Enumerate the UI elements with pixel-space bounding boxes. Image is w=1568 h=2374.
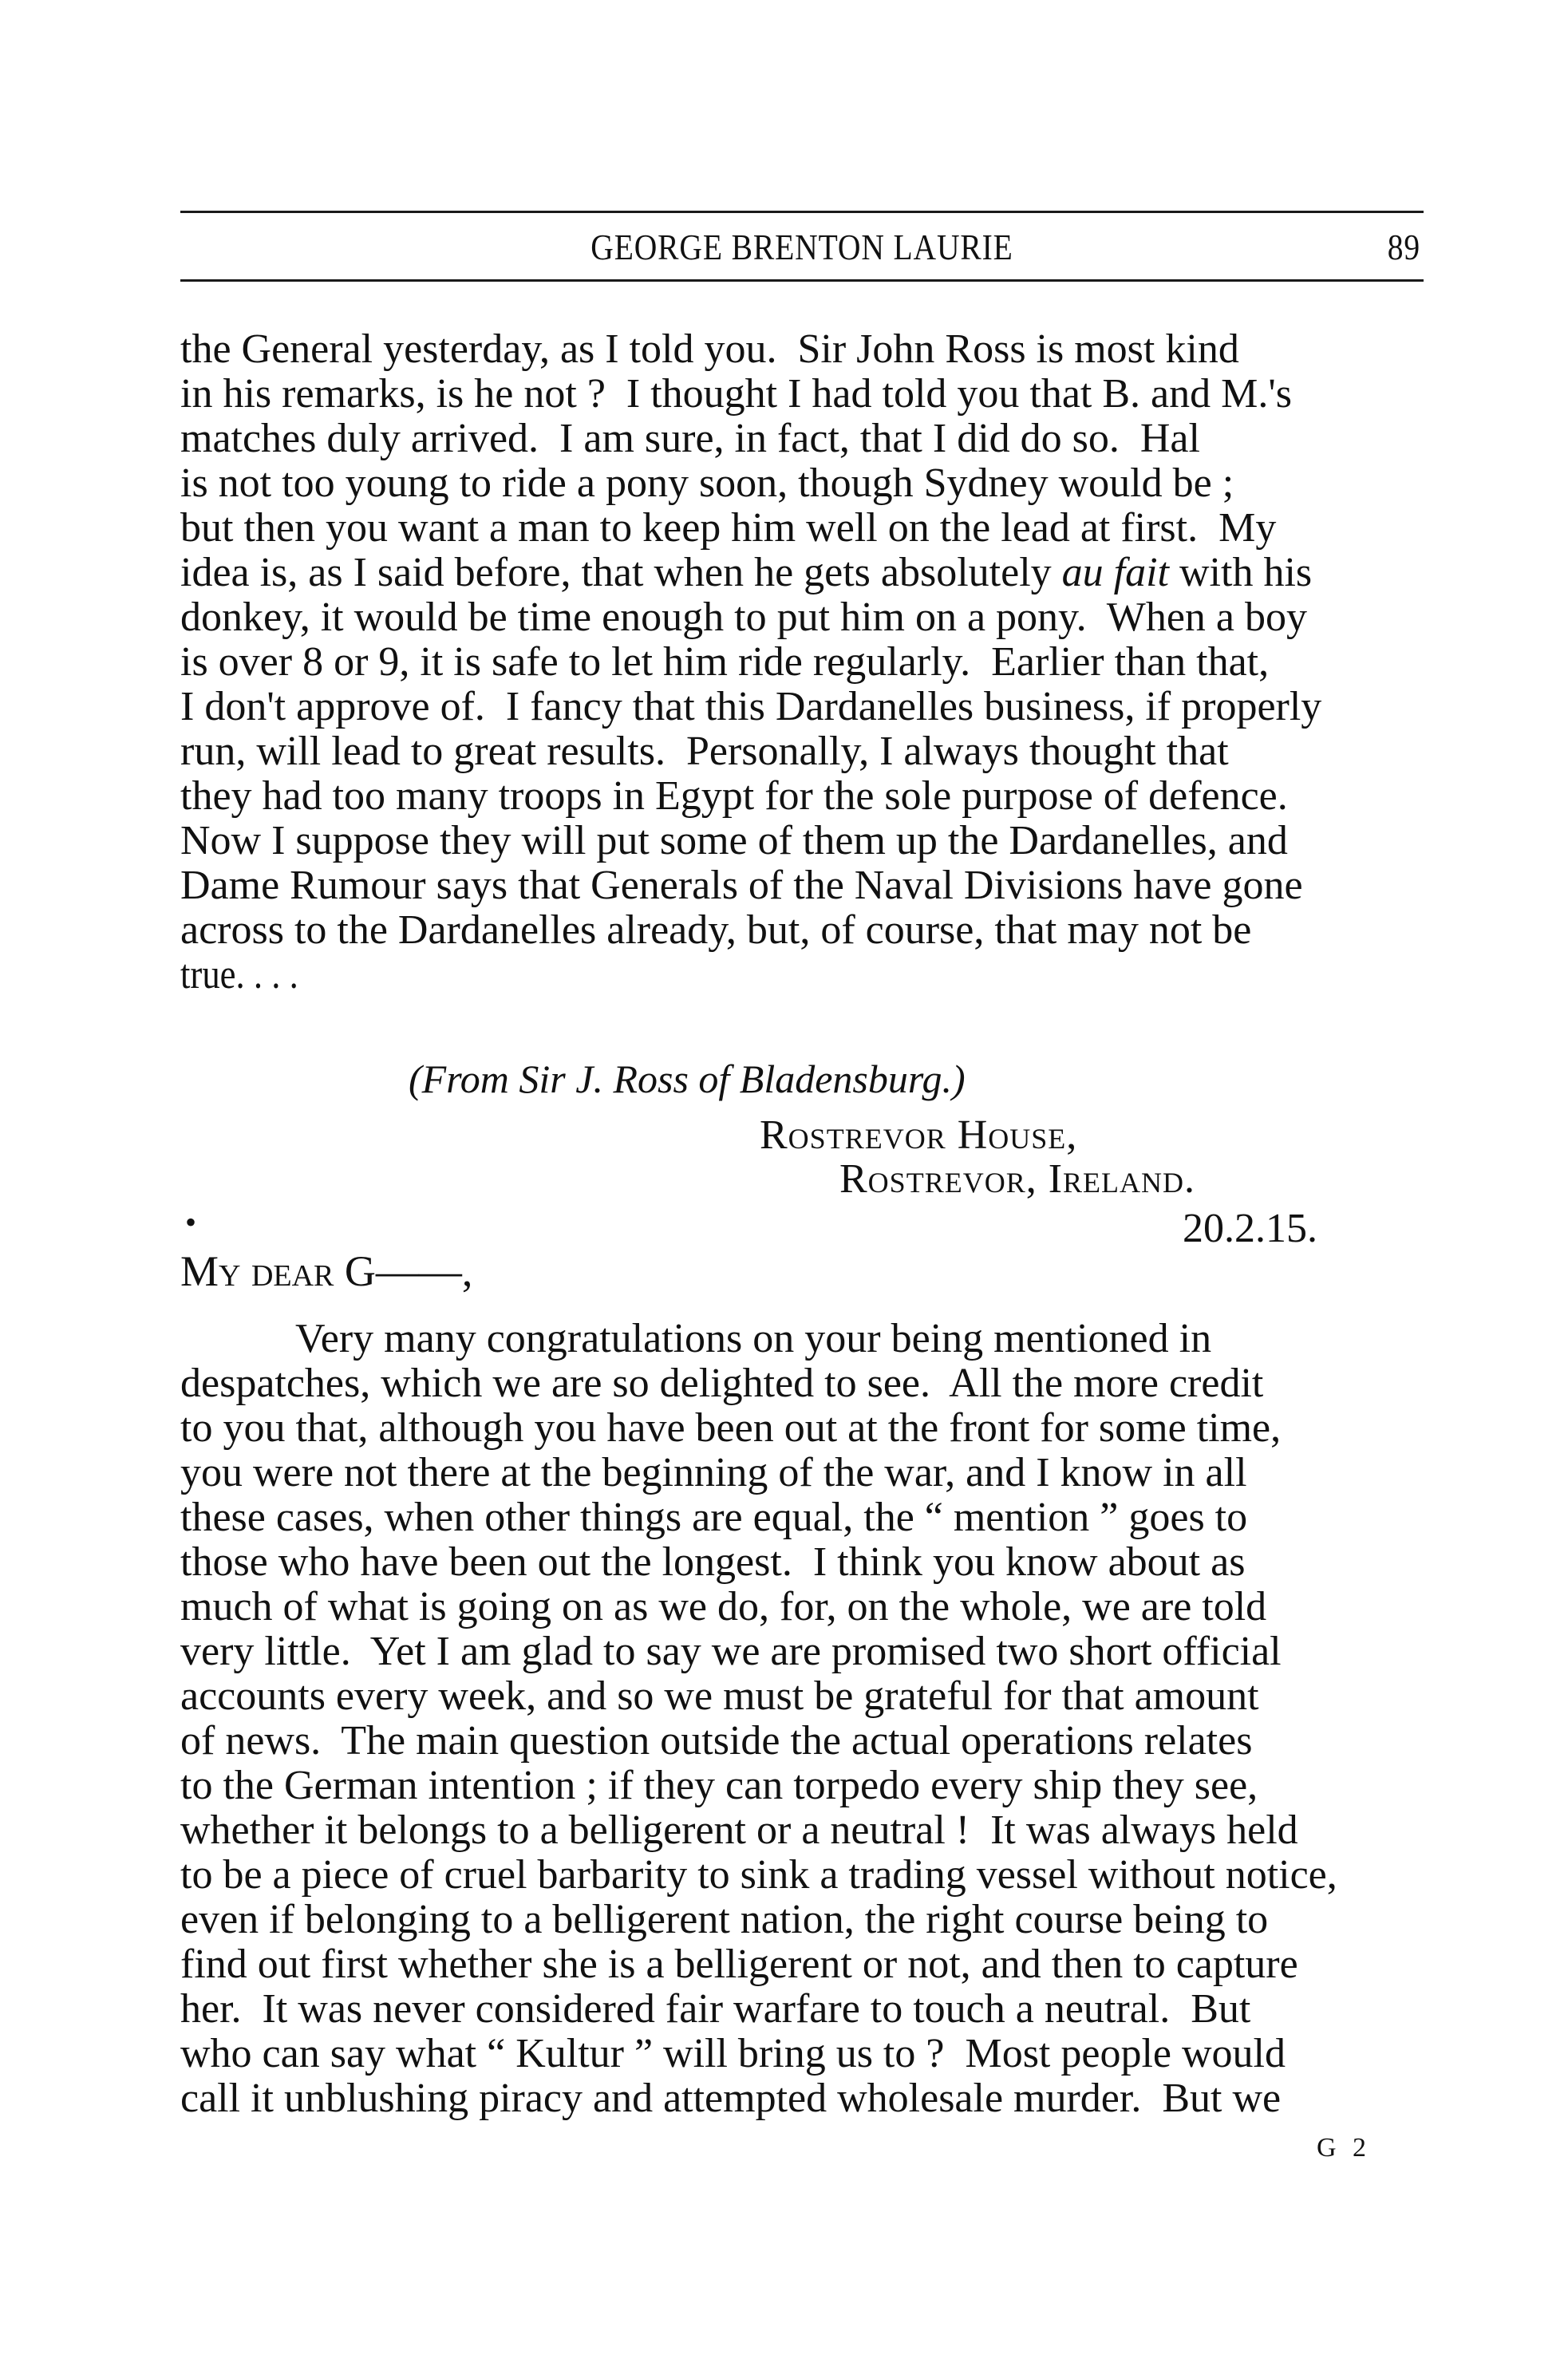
book-page: GEORGE BRENTON LAURIE 89 the General yes… (0, 0, 1568, 2374)
text-line: to you that, although you have been out … (180, 1406, 1424, 1451)
letter-date: 20.2.15. (1183, 1205, 1317, 1253)
text-segment: idea is, as I said before, that when he … (180, 550, 1062, 595)
text-line: call it unblushing piracy and attempted … (180, 2076, 1424, 2121)
stray-print-mark: • (185, 1207, 196, 1238)
text-line: find out first whether she is a belliger… (180, 1942, 1424, 1987)
text-line: whether it belongs to a belligerent or a… (180, 1808, 1424, 1853)
text-line: across to the Dardanelles already, but, … (180, 908, 1424, 953)
printer-signature-mark: G 2 (1317, 2132, 1371, 2164)
address-line-1: Rostrevor House, (760, 1112, 1077, 1159)
text-line: I don't approve of. I fancy that this Da… (180, 685, 1424, 729)
text-segment: with his (1169, 550, 1312, 595)
text-line: her. It was never considered fair warfar… (180, 1987, 1424, 2032)
running-head: GEORGE BRENTON LAURIE 89 (180, 223, 1424, 271)
text-line: true. . . . (180, 953, 1424, 997)
header-rule-bottom (180, 279, 1424, 282)
text-line: but then you want a man to keep him well… (180, 506, 1424, 551)
text-line: accounts every week, and so we must be g… (180, 1674, 1424, 1719)
italic-phrase: au fait (1062, 550, 1169, 595)
text-line: those who have been out the longest. I t… (180, 1540, 1424, 1585)
text-line: much of what is going on as we do, for, … (180, 1585, 1424, 1629)
text-line: these cases, when other things are equal… (180, 1495, 1424, 1540)
letter-source-heading: (From Sir J. Ross of Bladensburg.) (409, 1055, 966, 1103)
text-line: run, will lead to great results. Persona… (180, 729, 1424, 774)
text-line: very little. Yet I am glad to say we are… (180, 1629, 1424, 1674)
text-line: Dame Rumour says that Generals of the Na… (180, 863, 1424, 908)
text-line: Now I suppose they will put some of them… (180, 819, 1424, 863)
header-rule-top (180, 211, 1424, 213)
text-line: is not too young to ride a pony soon, th… (180, 461, 1424, 506)
page-number: 89 (1388, 223, 1420, 271)
text-line: is over 8 or 9, it is safe to let him ri… (180, 640, 1424, 685)
text-line: matches duly arrived. I am sure, in fact… (180, 417, 1424, 461)
text-line: even if belonging to a belligerent natio… (180, 1898, 1424, 1942)
running-head-title: GEORGE BRENTON LAURIE (267, 223, 1337, 271)
text-line: idea is, as I said before, that when he … (180, 551, 1424, 595)
text-line: they had too many troops in Egypt for th… (180, 774, 1424, 819)
text-line: to the German intention ; if they can to… (180, 1764, 1424, 1808)
text-line: of news. The main question outside the a… (180, 1719, 1424, 1764)
text-line: in his remarks, is he not ? I thought I … (180, 372, 1424, 417)
text-line: donkey, it would be time enough to put h… (180, 595, 1424, 640)
address-line-2: Rostrevor, Ireland. (839, 1155, 1195, 1203)
text-line: who can say what “ Kultur ” will bring u… (180, 2032, 1424, 2076)
text-line: despatches, which we are so delighted to… (180, 1361, 1424, 1406)
text-line: the General yesterday, as I told you. Si… (180, 327, 1424, 372)
text-line: you were not there at the beginning of t… (180, 1451, 1424, 1495)
salutation: My dear G——, (180, 1247, 472, 1295)
text-line: Very many congratulations on your being … (295, 1317, 1424, 1361)
text-line: to be a piece of cruel barbarity to sink… (180, 1853, 1424, 1898)
